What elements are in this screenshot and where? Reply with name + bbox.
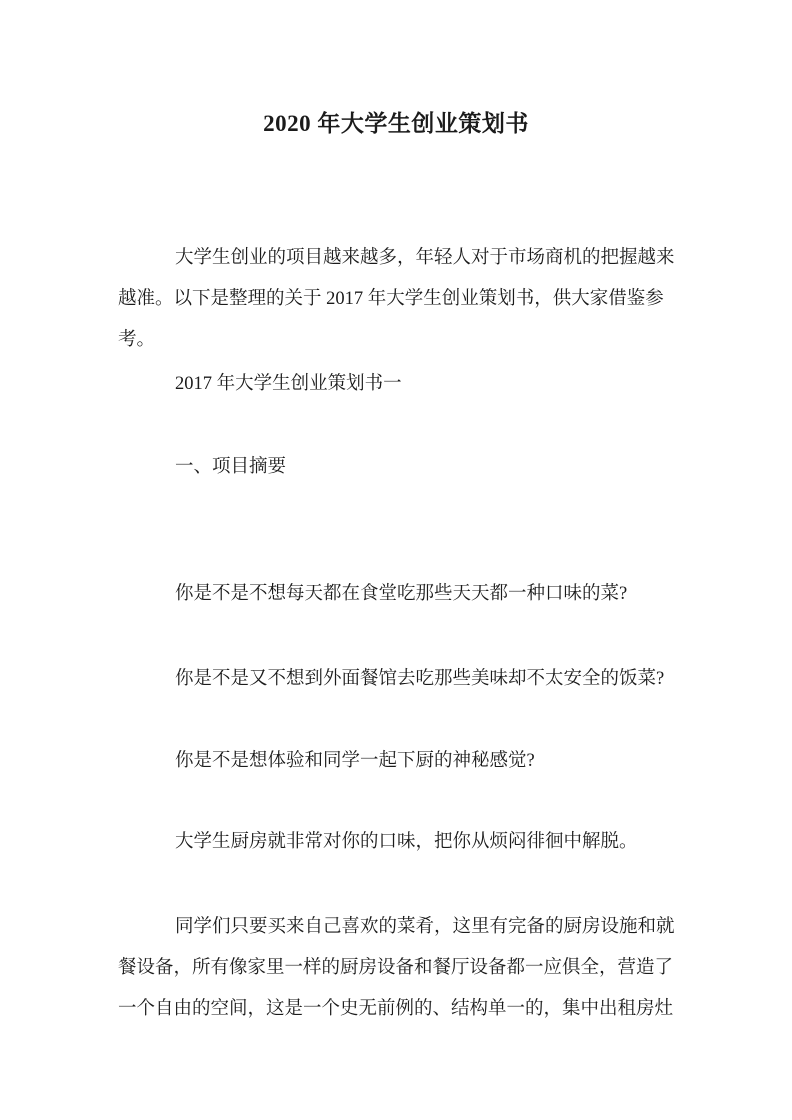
paragraph-line: 越准。以下是整理的关于 2017 年大学生创业策划书，供大家借鉴参 — [118, 279, 678, 320]
paragraph-line: 同学们只要买来自己喜欢的菜肴，这里有完备的厨房设施和就 — [118, 907, 678, 948]
paragraph-description: 同学们只要买来自己喜欢的菜肴，这里有完备的厨房设施和就 餐设备，所有像家里一样的… — [118, 907, 678, 1030]
paragraph-subtitle: 2017 年大学生创业策划书一 — [118, 364, 678, 405]
paragraph-line: 你是不是想体验和同学一起下厨的神秘感觉? — [118, 741, 678, 782]
paragraph-question-1: 你是不是不想每天都在食堂吃那些天天都一种口味的菜? — [118, 574, 678, 615]
paragraph-line: 你是不是不想每天都在食堂吃那些天天都一种口味的菜? — [118, 574, 678, 615]
paragraph-line: 你是不是又不想到外面餐馆去吃那些美味却不太安全的饭菜? — [118, 659, 678, 700]
paragraph-section-heading: 一、项目摘要 — [118, 447, 678, 488]
document-title: 2020 年大学生创业策划书 — [0, 108, 792, 140]
document-page: 2020 年大学生创业策划书 大学生创业的项目越来越多，年轻人对于市场商机的把握… — [0, 0, 792, 1120]
paragraph-line: 考。 — [118, 320, 678, 361]
paragraph-line: 大学生创业的项目越来越多，年轻人对于市场商机的把握越来 — [118, 238, 678, 279]
paragraph-line: 一、项目摘要 — [118, 447, 678, 488]
paragraph-question-2: 你是不是又不想到外面餐馆去吃那些美味却不太安全的饭菜? — [118, 659, 678, 700]
paragraph-line: 餐设备，所有像家里一样的厨房设备和餐厅设备都一应俱全，营造了 — [118, 948, 678, 989]
paragraph-slogan: 大学生厨房就非常对你的口味，把你从烦闷徘徊中解脱。 — [118, 822, 678, 863]
paragraph-line: 一个自由的空间，这是一个史无前例的、结构单一的，集中出租房灶 — [118, 989, 678, 1030]
paragraph-intro: 大学生创业的项目越来越多，年轻人对于市场商机的把握越来 越准。以下是整理的关于 … — [118, 238, 678, 361]
paragraph-line: 大学生厨房就非常对你的口味，把你从烦闷徘徊中解脱。 — [118, 822, 678, 863]
paragraph-question-3: 你是不是想体验和同学一起下厨的神秘感觉? — [118, 741, 678, 782]
paragraph-line: 2017 年大学生创业策划书一 — [118, 364, 678, 405]
